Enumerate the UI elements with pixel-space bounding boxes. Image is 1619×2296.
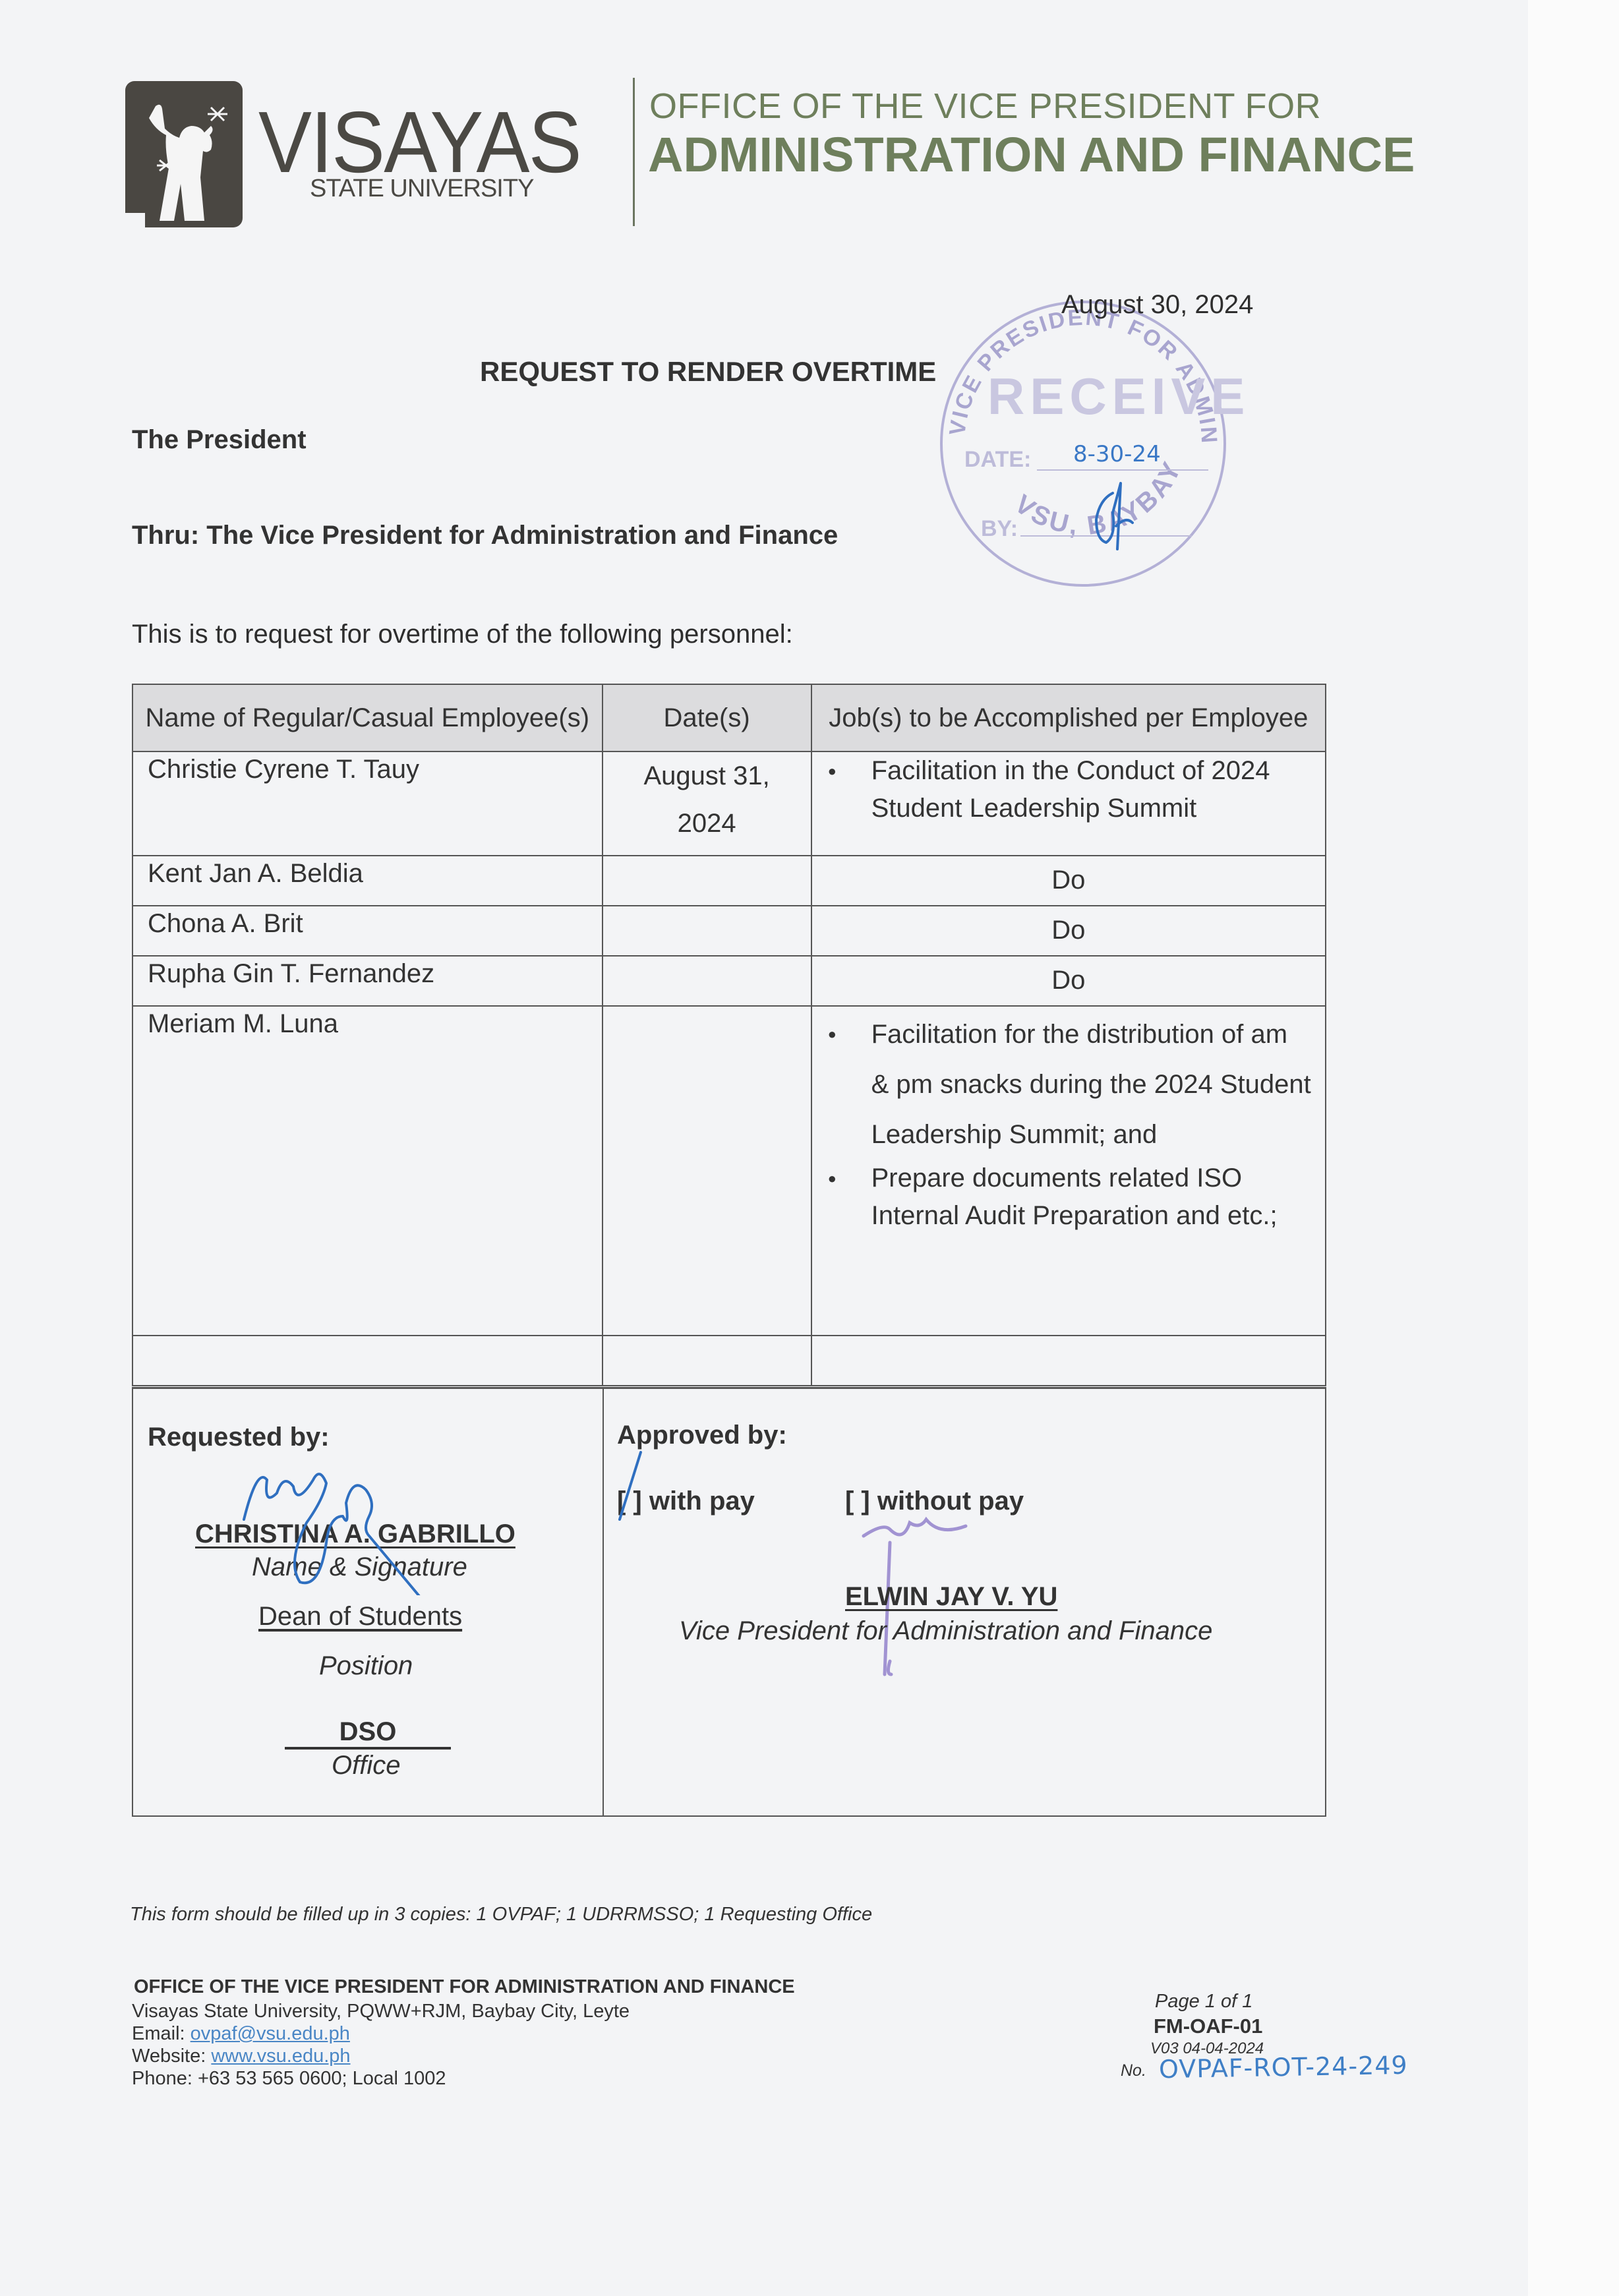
approver-name: ELWIN JAY V. YU (845, 1582, 1057, 1612)
form-code: FM-OAF-01 (1154, 2015, 1262, 2038)
employee-name: Chona A. Brit (132, 906, 603, 956)
employee-name: Meriam M. Luna (132, 1006, 603, 1336)
employee-name: Christie Cyrene T. Tauy (132, 751, 603, 856)
employee-jobs-ditto: Do (811, 856, 1326, 906)
office-title-line1: OFFICE OF THE VICE PRESIDENT FOR (649, 86, 1321, 127)
employee-jobs-ditto: Do (811, 956, 1326, 1006)
table-row: Kent Jan A. Beldia Do (132, 856, 1326, 906)
overtime-personnel-table: Name of Regular/Casual Employee(s) Date(… (132, 684, 1326, 1386)
table-header-row: Name of Regular/Casual Employee(s) Date(… (132, 684, 1326, 751)
document-date: August 30, 2024 (1061, 290, 1253, 320)
header-dates: Date(s) (603, 684, 811, 751)
thru-line: Thru: The Vice President for Administrat… (132, 521, 838, 550)
requester-office-caption: Office (332, 1751, 400, 1781)
stamp-date-value: 8-30-24 (1073, 441, 1161, 467)
email-label: Email: (132, 2023, 191, 2044)
office-title-line2: ADMINISTRATION AND FINANCE (648, 127, 1415, 183)
requester-office: DSO (38, 1717, 697, 1747)
page-indicator: Page 1 of 1 (1155, 1991, 1252, 2013)
signature-divider (603, 1387, 604, 1817)
footer-office: OFFICE OF THE VICE PRESIDENT FOR ADMINIS… (134, 1976, 795, 1998)
stamp-date-label: DATE: (964, 447, 1031, 472)
university-name: VISAYAS (258, 99, 581, 186)
website-label: Website: (132, 2046, 211, 2067)
employee-jobs-ditto: Do (811, 906, 1326, 956)
employee-date (603, 856, 811, 906)
stamp-by-label: BY: (981, 516, 1018, 541)
requester-position: Dean of Students (258, 1602, 462, 1632)
requester-signature-icon (224, 1430, 527, 1595)
employee-date (603, 1006, 811, 1336)
footer-email: Email: ovpaf@vsu.edu.ph (132, 2022, 350, 2045)
checkmark-icon (613, 1447, 653, 1526)
approver-title: Vice President for Administration and Fi… (679, 1616, 1212, 1646)
table-row: Christie Cyrene T. Tauy August 31, 2024 … (132, 751, 1326, 856)
employee-name: Rupha Gin T. Fernandez (132, 956, 603, 1006)
website-link[interactable]: www.vsu.edu.ph (211, 2046, 350, 2067)
copies-note: This form should be filled up in 3 copie… (130, 1904, 872, 1926)
addressee: The President (132, 425, 307, 455)
employee-jobs: Facilitation for the distribution of am … (811, 1006, 1326, 1336)
table-row: Rupha Gin T. Fernandez Do (132, 956, 1326, 1006)
university-subtitle: STATE UNIVERSITY (310, 175, 533, 203)
employee-jobs: Facilitation in the Conduct of 2024 Stud… (811, 751, 1326, 856)
employee-name: Kent Jan A. Beldia (132, 856, 603, 906)
email-link[interactable]: ovpaf@vsu.edu.ph (191, 2023, 350, 2044)
employee-date: August 31, 2024 (603, 751, 811, 856)
document-title: REQUEST TO RENDER OVERTIME (480, 356, 936, 388)
vsu-logo-icon (125, 81, 243, 227)
control-number-value: OVPAF-ROT-24-249 (1159, 2051, 1408, 2084)
job-item: Facilitation in the Conduct of 2024 Stud… (812, 752, 1312, 827)
received-stamp: VICE PRESIDENT FOR ADMINISTRATION & FINA… (915, 276, 1251, 612)
job-item: Facilitation for the distribution of am … (812, 1009, 1312, 1160)
intro-text: This is to request for overtime of the f… (132, 620, 793, 649)
footer-phone: Phone: +63 53 565 0600; Local 1002 (132, 2067, 446, 2090)
header-jobs: Job(s) to be Accomplished per Employee (811, 684, 1326, 751)
approved-by-label: Approved by: (617, 1421, 787, 1450)
office-underline (285, 1747, 451, 1750)
letterhead-divider (633, 78, 635, 226)
table-row: Meriam M. Luna Facilitation for the dist… (132, 1006, 1326, 1336)
table-row: Chona A. Brit Do (132, 906, 1326, 956)
footer-address: Visayas State University, PQWW+RJM, Bayb… (132, 2000, 630, 2022)
control-number-label: No. (1121, 2061, 1146, 2080)
job-item: Prepare documents related ISO Internal A… (812, 1160, 1312, 1235)
employee-date (603, 956, 811, 1006)
footer-website: Website: www.vsu.edu.ph (132, 2045, 351, 2067)
requester-position-caption: Position (319, 1651, 413, 1681)
table-row-empty (132, 1336, 1326, 1386)
stamp-label: RECEIVED (987, 367, 1251, 425)
header-name: Name of Regular/Casual Employee(s) (132, 684, 603, 751)
employee-date (603, 906, 811, 956)
